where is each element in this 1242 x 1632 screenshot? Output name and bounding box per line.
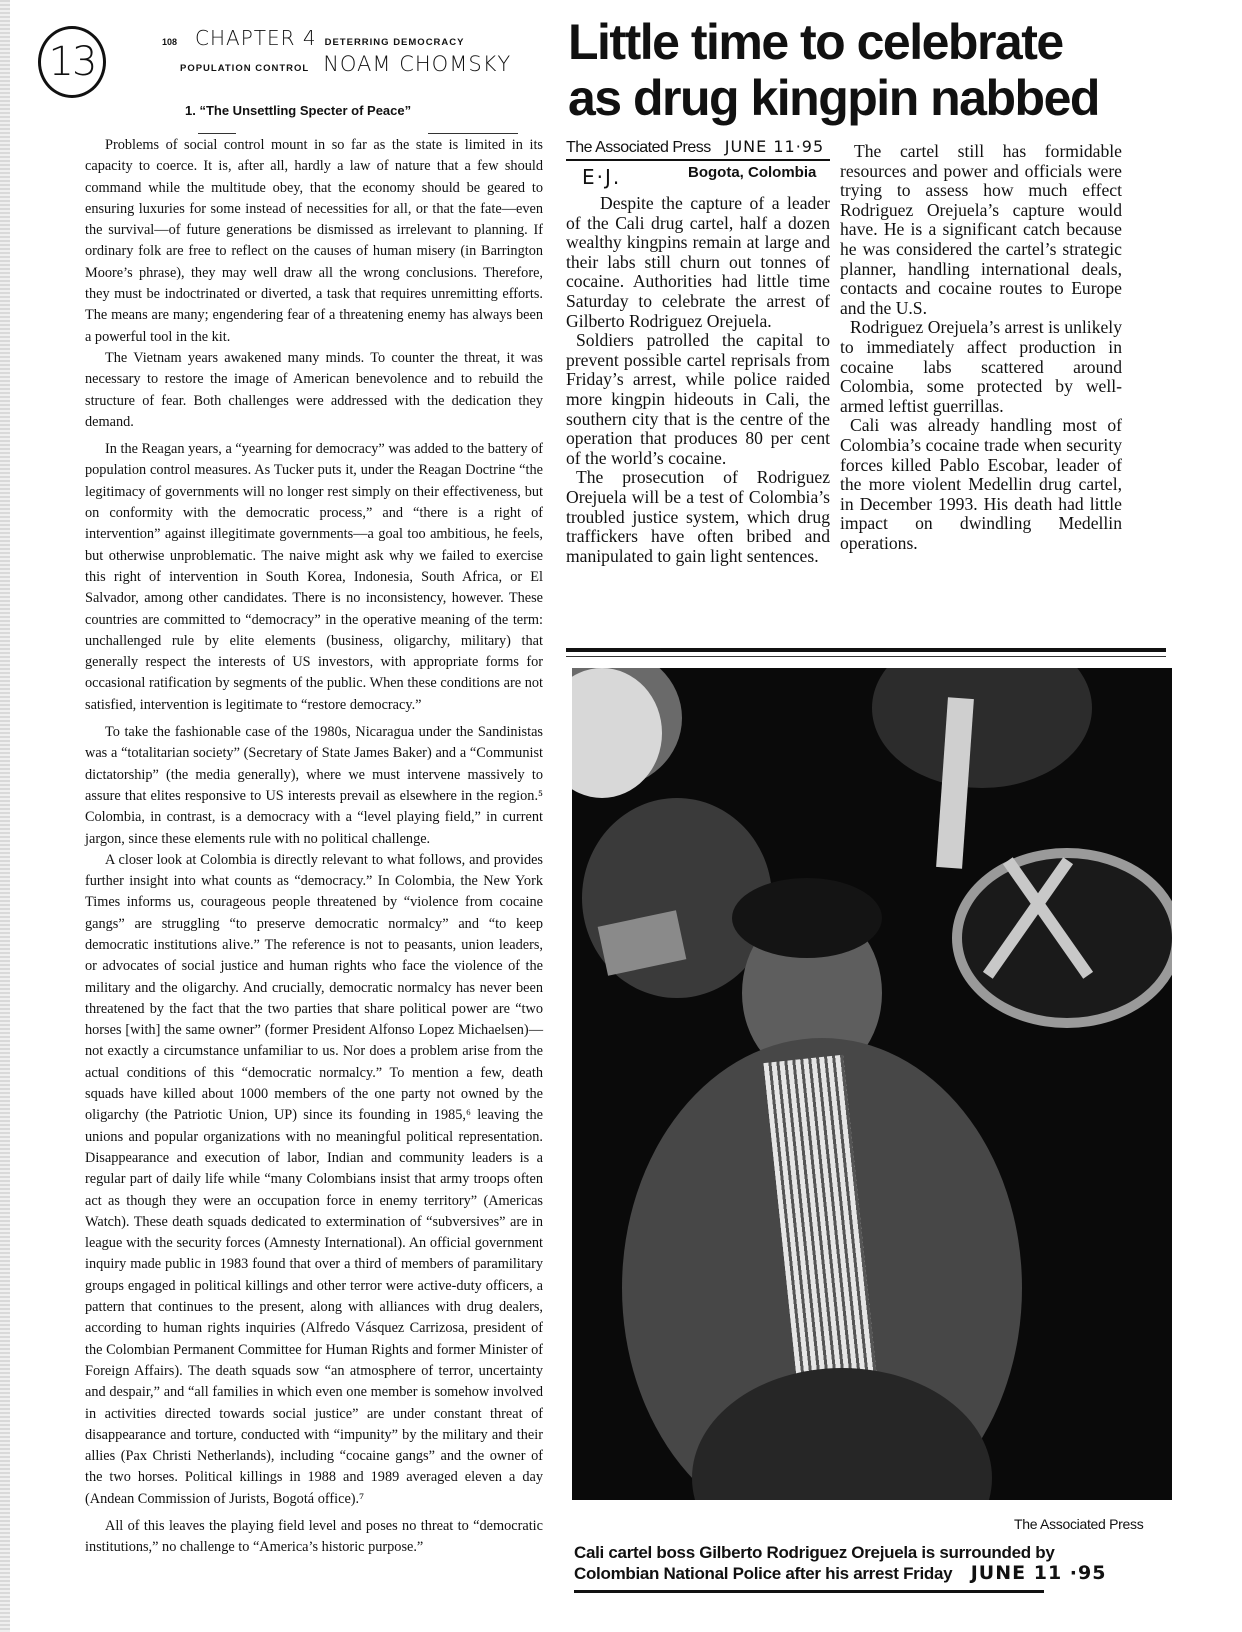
article-paragraph: The cartel still has formidable resource…: [840, 142, 1122, 318]
article-paragraph: Soldiers patrolled the capital to preven…: [566, 331, 830, 468]
headline-line2: as drug kingpin nabbed: [568, 70, 1168, 126]
handwritten-chapter: CHAPTER 4: [195, 26, 317, 50]
running-head: 108 CHAPTER 4 DETERRING DEMOCRACY POPULA…: [162, 26, 562, 76]
caption-rule: [574, 1590, 1044, 1593]
man-hair-shape: [732, 878, 882, 958]
headline: Little time to celebrate as drug kingpin…: [568, 14, 1168, 126]
paragraph: Problems of social control mount in so f…: [85, 135, 543, 348]
photo-shape: [872, 668, 1092, 788]
handwritten-initials: E·J.: [582, 165, 621, 189]
news-photo: [572, 668, 1172, 1500]
pen-underline: [198, 133, 236, 134]
article-paragraph: Despite the capture of a leader of the C…: [566, 194, 830, 331]
caption-line1: Cali cartel boss Gilberto Rodriguez Orej…: [574, 1542, 1174, 1563]
photo-caption: Cali cartel boss Gilberto Rodriguez Orej…: [574, 1542, 1174, 1584]
article-paragraph: Rodriguez Orejuela’s arrest is unlikely …: [840, 318, 1122, 416]
paragraph: All of this leaves the playing field lev…: [85, 1516, 543, 1559]
handwritten-page-number-circle: 13: [38, 26, 106, 98]
book-title: DETERRING DEMOCRACY: [325, 37, 465, 48]
article-column-1: Despite the capture of a leader of the C…: [566, 194, 830, 566]
dateline: Bogota, Colombia: [688, 164, 816, 181]
paragraph: To take the fashionable case of the 1980…: [85, 722, 543, 850]
chapter-title: POPULATION CONTROL: [180, 63, 309, 74]
handwritten-date-bottom: JUNE 11 ·95: [971, 1562, 1107, 1584]
running-head-line1: 108 CHAPTER 4 DETERRING DEMOCRACY: [162, 26, 562, 50]
byline: The Associated Press: [566, 139, 711, 157]
running-head-line2: POPULATION CONTROL NOAM CHOMSKY: [180, 52, 562, 76]
paragraph: A closer look at Colombia is directly re…: [85, 850, 543, 1510]
section-divider-thin: [566, 656, 1166, 657]
article-column-2: The cartel still has formidable resource…: [840, 142, 1122, 553]
section-divider: [566, 648, 1166, 652]
paragraph: In the Reagan years, a “yearning for dem…: [85, 439, 543, 716]
paragraph: The Vietnam years awakened many minds. T…: [85, 348, 543, 433]
book-body-text: Problems of social control mount in so f…: [85, 135, 543, 1559]
pen-underline: [428, 133, 518, 134]
photo-credit: The Associated Press: [1010, 1514, 1151, 1534]
headline-line1: Little time to celebrate: [568, 14, 1168, 70]
handwritten-author: NOAM CHOMSKY: [323, 52, 511, 76]
article-paragraph: Cali was already handling most of Colomb…: [840, 416, 1122, 553]
handwritten-date-top: JUNE 11·95: [725, 137, 824, 156]
byline-row: The Associated Press JUNE 11·95: [566, 137, 830, 161]
section-title: 1. “The Unsettling Specter of Peace”: [185, 103, 411, 118]
page-circle-number: 13: [49, 39, 96, 85]
newspaper-clipping: Little time to celebrate as drug kingpin…: [560, 0, 1242, 1632]
caption-line2: Colombian National Police after his arre…: [574, 1564, 952, 1583]
page-number: 108: [162, 37, 177, 47]
article-paragraph: The prosecution of Rodriguez Orejuela wi…: [566, 468, 830, 566]
scan-left-edge: [0, 0, 10, 1632]
